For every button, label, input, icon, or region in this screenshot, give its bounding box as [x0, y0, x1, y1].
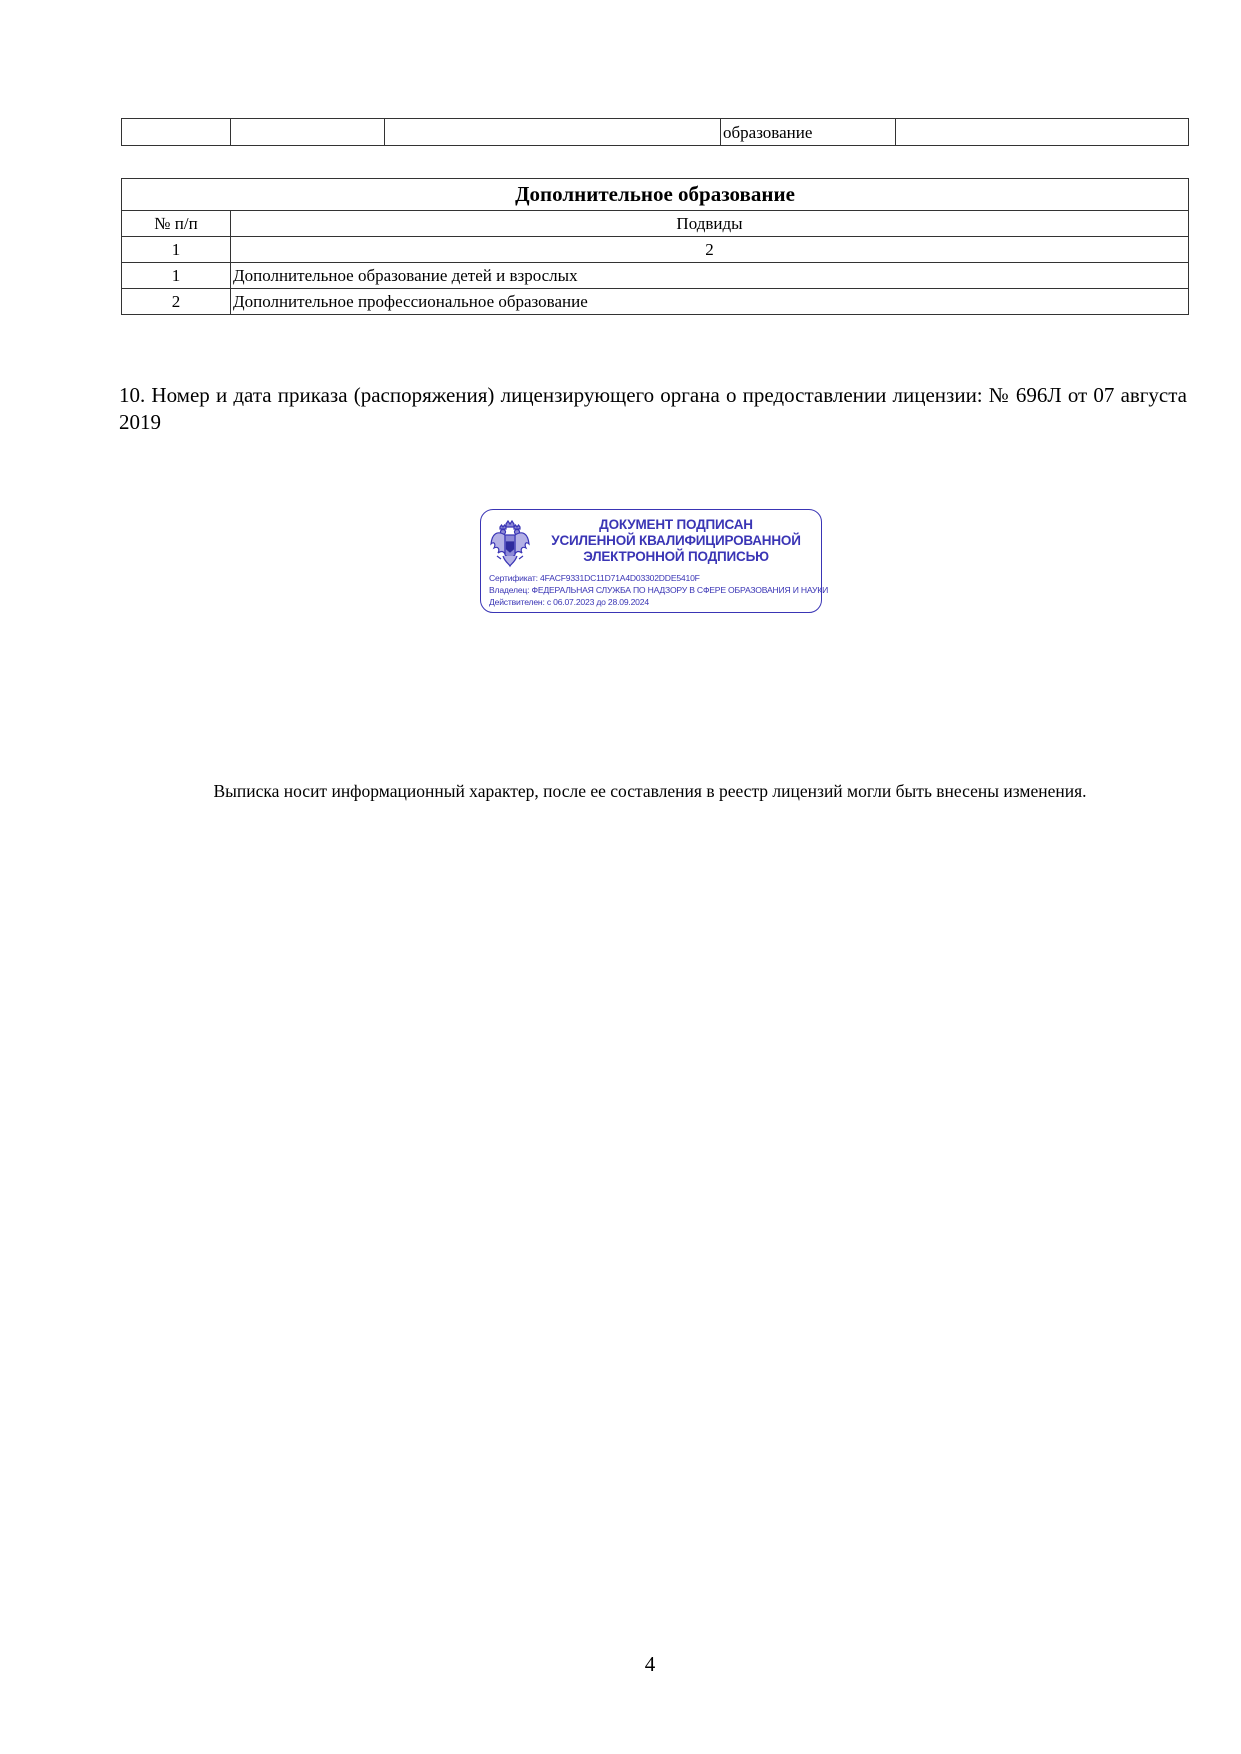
stamp-heading-line: УСИЛЕННОЙ КВАЛИФИЦИРОВАННОЙ	[536, 533, 816, 549]
license-order-paragraph: 10. Номер и дата приказа (распоряжения) …	[119, 382, 1187, 436]
stamp-details: Сертификат: 4FACF9331DC11D71A4D03302DDE5…	[489, 572, 819, 608]
top-table-continuation: образование	[121, 118, 1189, 146]
column-number: 2	[231, 237, 1189, 263]
stamp-owner: Владелец: ФЕДЕРАЛЬНАЯ СЛУЖБА ПО НАДЗОРУ …	[489, 584, 819, 596]
table-header-row: № п/п Подвиды	[122, 211, 1189, 237]
header-subtypes: Подвиды	[231, 211, 1189, 237]
row-subtype: Дополнительное профессиональное образова…	[231, 289, 1189, 315]
table-cell	[122, 119, 231, 146]
table-row: 1 Дополнительное образование детей и взр…	[122, 263, 1189, 289]
row-number: 2	[122, 289, 231, 315]
table-title-row: Дополнительное образование	[122, 179, 1189, 211]
row-number: 1	[122, 263, 231, 289]
table-row: 2 Дополнительное профессиональное образо…	[122, 289, 1189, 315]
table-row: образование	[122, 119, 1189, 146]
row-subtype: Дополнительное образование детей и взрос…	[231, 263, 1189, 289]
table-cell	[385, 119, 721, 146]
stamp-validity: Действителен: с 06.07.2023 до 28.09.2024	[489, 596, 819, 608]
stamp-heading-line: ЭЛЕКТРОННОЙ ПОДПИСЬЮ	[536, 549, 816, 565]
stamp-heading: ДОКУМЕНТ ПОДПИСАН УСИЛЕННОЙ КВАЛИФИЦИРОВ…	[536, 517, 816, 565]
stamp-certificate: Сертификат: 4FACF9331DC11D71A4D03302DDE5…	[489, 572, 819, 584]
electronic-signature-stamp: ДОКУМЕНТ ПОДПИСАН УСИЛЕННОЙ КВАЛИФИЦИРОВ…	[480, 509, 822, 613]
table-title: Дополнительное образование	[122, 179, 1189, 211]
column-number-row: 1 2	[122, 237, 1189, 263]
column-number: 1	[122, 237, 231, 263]
stamp-heading-line: ДОКУМЕНТ ПОДПИСАН	[536, 517, 816, 533]
table-cell: образование	[721, 119, 896, 146]
russian-coat-of-arms-icon	[489, 518, 531, 568]
table-cell	[231, 119, 385, 146]
table-cell	[896, 119, 1189, 146]
disclaimer-note: Выписка носит информационный характер, п…	[0, 780, 1241, 802]
page-number: 4	[0, 1652, 1241, 1677]
additional-education-table: Дополнительное образование № п/п Подвиды…	[121, 178, 1189, 315]
header-number: № п/п	[122, 211, 231, 237]
